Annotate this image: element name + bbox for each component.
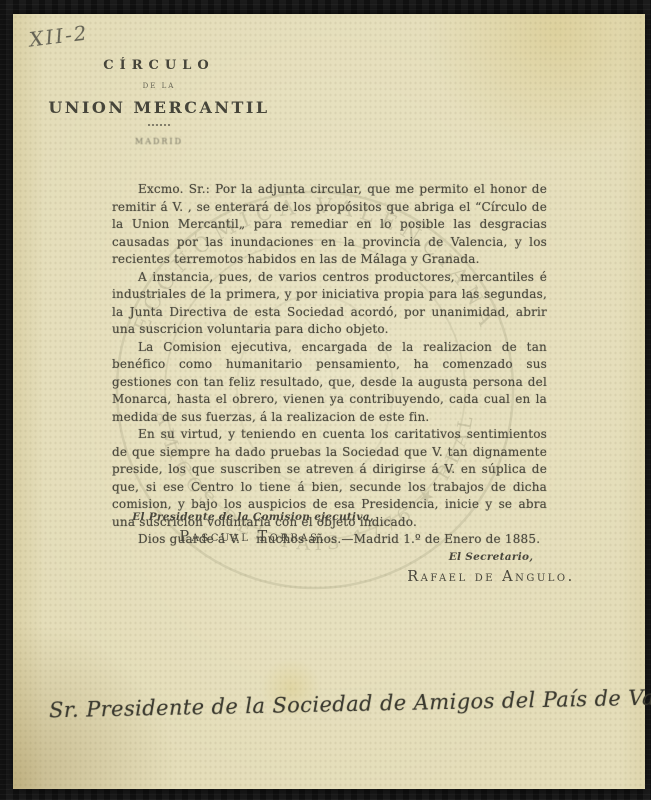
scan-dark-backing: XII-2 CÍRCULO DE LA UNION MERCANTIL MADR… xyxy=(0,0,651,800)
letterhead-de-la: DE LA xyxy=(13,82,305,90)
letterhead-ornament-rule xyxy=(148,124,170,126)
handwritten-addressee: Sr. Presidente de la Sociedad de Amigos … xyxy=(49,686,651,723)
paragraph-2: A instancia, pues, de varios centros pro… xyxy=(112,269,547,339)
document-paper: XII-2 CÍRCULO DE LA UNION MERCANTIL MADR… xyxy=(13,14,645,789)
signature-president: El Presidente de la Comision ejecutiva, … xyxy=(98,511,408,545)
paragraph-1: Excmo. Sr.: Por la adjunta circular, que… xyxy=(112,181,547,269)
president-name: Pascual Torras. xyxy=(98,529,408,545)
letterhead: CÍRCULO DE LA UNION MERCANTIL MADRID xyxy=(13,58,305,146)
president-title: El Presidente de la Comision ejecutiva, xyxy=(98,511,408,523)
letterhead-city: MADRID xyxy=(13,137,305,146)
paragraph-3: La Comision ejecutiva, encargada de la r… xyxy=(112,339,547,427)
signature-secretary: El Secretario, Rafael de Angulo. xyxy=(343,551,639,585)
letterhead-circulo: CÍRCULO xyxy=(13,58,305,73)
secretary-title: El Secretario, xyxy=(343,551,639,563)
secretary-name: Rafael de Angulo. xyxy=(343,569,639,585)
archival-pencil-mark: XII-2 xyxy=(28,20,90,51)
letter-body: Excmo. Sr.: Por la adjunta circular, que… xyxy=(112,181,547,549)
letterhead-union-mercantil: UNION MERCANTIL xyxy=(13,98,305,117)
